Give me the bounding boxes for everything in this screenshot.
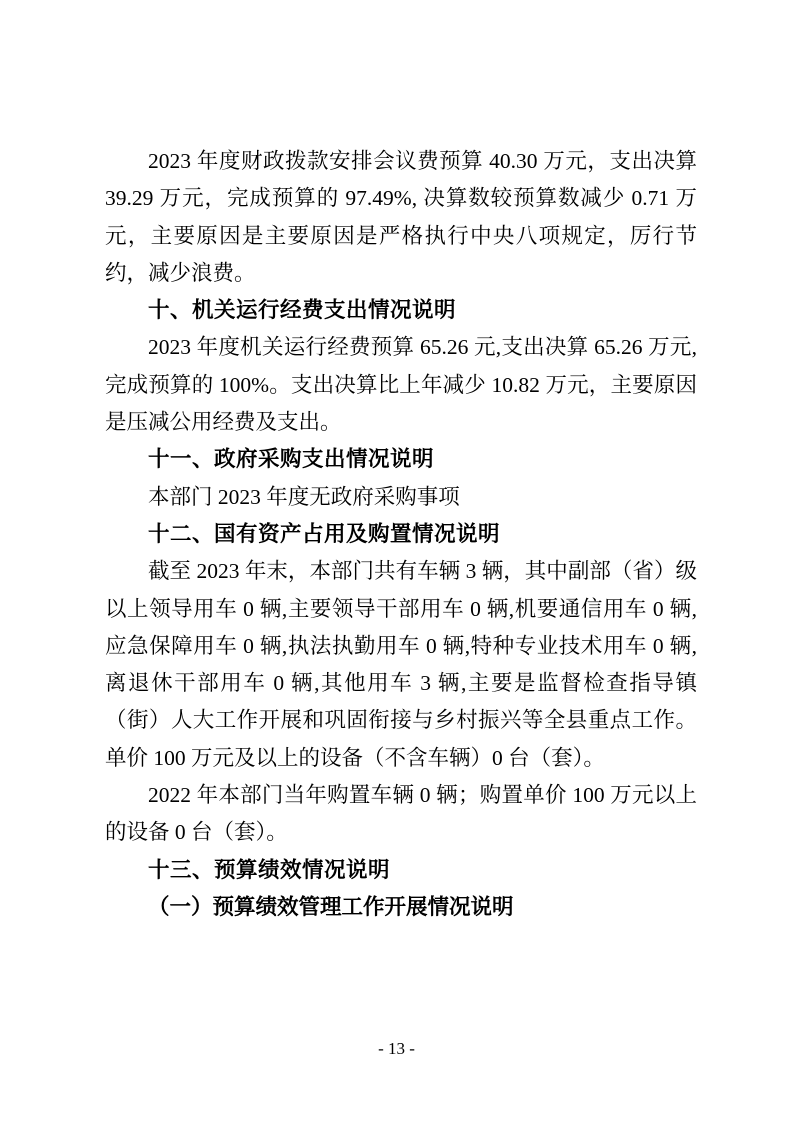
paragraph-no-procurement: 本部门 2023 年度无政府采购事项 — [105, 479, 697, 516]
section-heading-12-state-assets: 十二、国有资产占用及购置情况说明 — [105, 516, 697, 553]
paragraph-2022-purchases: 2022 年本部门当年购置车辆 0 辆；购置单价 100 万元以上的设备 0 台… — [105, 777, 697, 852]
page-number: - 13 - — [0, 1038, 793, 1060]
section-heading-10-operating-expense: 十、机关运行经费支出情况说明 — [105, 292, 697, 329]
section-heading-13-budget-performance: 十三、预算绩效情况说明 — [105, 852, 697, 889]
section-heading-11-government-procurement: 十一、政府采购支出情况说明 — [105, 441, 697, 478]
paragraph-vehicles-detail: 截至 2023 年末，本部门共有车辆 3 辆，其中副部（省）级以上领导用车 0 … — [105, 553, 697, 777]
document-body: 2023 年度财政拨款安排会议费预算 40.30 万元，支出决算 39.29 万… — [105, 143, 697, 926]
document-page: 2023 年度财政拨款安排会议费预算 40.30 万元，支出决算 39.29 万… — [0, 0, 793, 1122]
paragraph-meeting-fee-budget: 2023 年度财政拨款安排会议费预算 40.30 万元，支出决算 39.29 万… — [105, 143, 697, 292]
paragraph-operating-expense-detail: 2023 年度机关运行经费预算 65.26 元,支出决算 65.26 万元,完成… — [105, 329, 697, 441]
sub-heading-performance-management: （一）预算绩效管理工作开展情况说明 — [105, 889, 697, 926]
